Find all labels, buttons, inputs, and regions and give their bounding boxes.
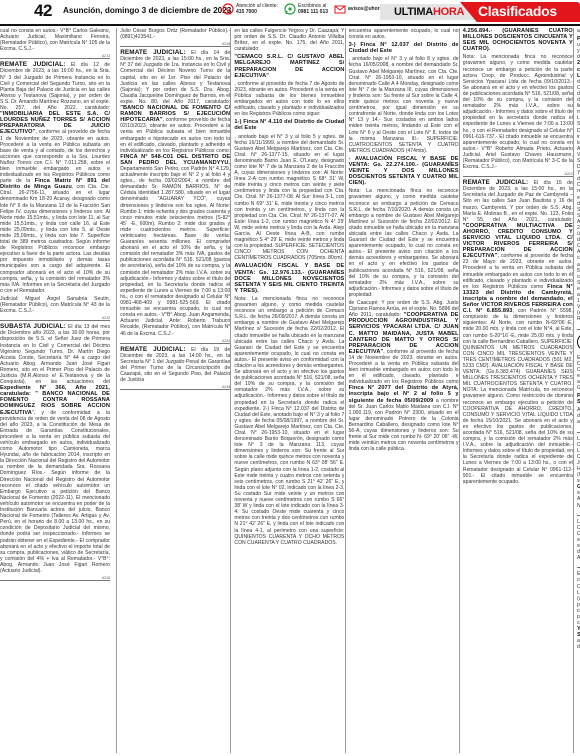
notice-body: Nota: La mencionada finca no reconoce gr… (349, 188, 459, 298)
notice-body: El día 12 de Diciembre de 2023, a las 16… (0, 62, 110, 111)
phone-support-icon (222, 3, 234, 15)
notice-text: AVALUACIÓN FISCAL Y BASE DE VENTA: Gs. 1… (234, 263, 344, 293)
header-rule (0, 24, 580, 26)
property-id: FINCA N° 548-C01 DEL DISTRITO DE SAN PED… (120, 154, 230, 166)
notice-body: , conforme al proveído de fecha 7 de Ago… (234, 81, 344, 117)
notice-text: , anotado bajo el N° 3 y al folio 5 y sg… (234, 134, 344, 262)
section-banner: ULTIMAHORA Clasificados (380, 2, 580, 22)
notice-body: El día 19 de Diciembre de 2023, a las 14… (120, 347, 230, 383)
contact-bar: Atención al cliente:415 7000 Escribinos … (222, 3, 401, 15)
notice-text: , conforme al proveído de fecha 7 de Ago… (234, 81, 344, 118)
page-header: 42 Asunción, domingo 3 de diciembre de 2… (0, 0, 580, 22)
legal-notice: REMATE JUDICIAL: El día 15 de Diciembre … (463, 180, 573, 485)
notice-text: , anotado bajo el N° 3 y al folio 8 y sg… (349, 56, 459, 154)
ad-code: A219 (0, 316, 110, 321)
ad-code: A220 (120, 339, 230, 344)
notice-body: , anotado bajo el N° 3 y al folio 5 y sg… (234, 134, 344, 262)
notice-body: El día 15 de Diciembre de 2023, a las 15… (463, 180, 573, 223)
column-3: en las calles Fulgencio Yegros y Dr. Caa… (230, 28, 344, 753)
column-6: a la providencia de fecha 23 de junio de… (573, 28, 580, 753)
notice-body: El día 13 del mes de Diciembre año 2023,… (0, 324, 110, 385)
notice-text: - AVALUACIÓN FISCAL Y BASE DE VENTA: Gs.… (349, 156, 459, 186)
notice-body: Departamento San Pedro, con Padrón N° 4.… (120, 166, 230, 337)
notice-text: Nota: La mencionada finca no reconoce gr… (349, 188, 459, 298)
notice-heading: REMATE JUDICIAL: (0, 61, 65, 68)
notice-text: cual no consta en autos.- V°B° Carlos Ga… (0, 28, 110, 52)
brand-logo: ULTIMAHORA (394, 6, 464, 18)
contact-customer-service: Atención al cliente:415 7000 (222, 3, 278, 15)
notice-body: Judicial: Miguel Ángel Sanabria Seutin, … (0, 296, 110, 314)
notice-body: cual no consta en autos.- V°B° Carlos Ga… (0, 28, 110, 52)
notice-heading: REMATE JUDICIAL: (120, 49, 185, 56)
notice-heading: SUBASTA JUDICIAL: (0, 323, 66, 330)
ad-code: A218 (0, 576, 110, 581)
legal-notice: de Caacupé; Y por orden de S.S. Abg. Jus… (349, 300, 459, 452)
contact-value: 0981 111 013 (298, 9, 328, 15)
ad-code: A212 (463, 172, 573, 177)
contact-whatsapp: Escribinos al0981 111 013 (284, 3, 328, 15)
notice-text: en las calles Fulgencio Yegros y Dr. Caa… (234, 28, 344, 52)
notice-body: encuentra aparentemente ocupado, lo cual… (349, 28, 459, 40)
page-number: 42 (34, 1, 52, 21)
notice-bold: 1-) Finca N° 4.110 del Distrito de Ciuda… (234, 119, 344, 131)
notice-text: Julio César Burgos Ortiz (Rematador Públ… (120, 28, 230, 40)
notice-body: Nota: La mencionada finca no reconoce gr… (463, 54, 573, 170)
legal-notice: REMATE JUDICIAL: El día 14 de Diciembre … (120, 50, 230, 336)
notice-body: a nombre del Sr. Juan Carlos Matto Maida… (349, 398, 459, 453)
notice-body: , conforme al proveído de fecha 1 de Nov… (0, 129, 110, 184)
notice-heading: REMATE JUDICIAL: (120, 346, 185, 353)
notice-heading: REMATE JUDICIAL: (463, 179, 528, 186)
notice-body: El día 14 de Diciembre de 2023, a las 15… (120, 50, 230, 105)
notice-text: 3-) Finca N° 12.037 del Distrito de Ciud… (349, 42, 459, 54)
legal-notice: SUBASTA JUDICIAL: El día 13 del mes de D… (0, 324, 110, 574)
notice-body: Julio César Burgos Ortiz (Rematador Públ… (120, 28, 230, 40)
ad-code: A218 (120, 42, 230, 47)
column-4: encuentra aparentemente ocupado, lo cual… (345, 28, 459, 753)
section-title: Clasificados (478, 3, 557, 19)
ad-code: A213 (0, 54, 110, 59)
notice-text: 4.256.894.- (GUARANÍES CUATRO MILLONES D… (463, 28, 573, 52)
date-line: Asunción, domingo 3 de diciembre de 2023 (63, 6, 231, 15)
contact-value: 415 7000 (236, 9, 278, 15)
envelope-icon (334, 3, 346, 15)
notice-bold: AVALUACIÓN FISCAL Y BASE DE VENTA: Gs. 1… (234, 263, 344, 293)
notice-body: ", y de conformidad a la providencia de … (0, 410, 110, 574)
notice-text: Judicial: Miguel Ángel Sanabria Seutin, … (0, 296, 110, 314)
notice-text: Nota: La mencionada finca no reconoce gr… (234, 296, 344, 546)
notice-text: Nota: La mencionada finca no reconoce gr… (463, 54, 573, 170)
notice-body: , conforme proveído de fecha 02/10/2023,… (120, 117, 230, 153)
ad-code: A218 (120, 385, 230, 390)
legal-notice: REMATE JUDICIAL: El día 12 de Diciembre … (0, 62, 110, 294)
notice-body: , conforme al proveído de fecha 14 de No… (349, 349, 459, 385)
notice-bold: 4.256.894.- (GUARANÍES CUATRO MILLONES D… (463, 28, 573, 52)
notice-bold: 3-) Finca N° 12.037 del Distrito de Ciud… (349, 42, 459, 54)
whatsapp-icon (284, 3, 296, 15)
notice-text: encuentra aparentemente ocupado, lo cual… (349, 28, 459, 40)
classifieds-columns: cual no consta en autos.- V°B° Carlos Ga… (0, 28, 580, 756)
notice-body: , con Padrón N° 5598, compuesto de la di… (463, 308, 573, 485)
column-5: 4.256.894.- (GUARANÍES CUATRO MILLONES D… (459, 28, 573, 753)
notice-body: , con Cta. Cte. Ctral. 26-2756-11, situa… (0, 184, 110, 294)
notice-text: 1-) Finca N° 4.110 del Distrito de Ciuda… (234, 119, 344, 131)
notice-text: "CEMACO S.R.L. C/ GUSTAVO ABEL MELGAREJO… (234, 54, 344, 78)
notice-body: en las calles Fulgencio Yegros y Dr. Caa… (234, 28, 344, 52)
legal-notice: REMATE JUDICIAL: El día 19 de Diciembre … (120, 347, 230, 384)
notice-bold: "CEMACO S.R.L. C/ GUSTAVO ABEL MELGAREJO… (234, 54, 344, 78)
notice-bold: - AVALUACIÓN FISCAL Y BASE DE VENTA: Gs.… (349, 156, 459, 186)
column-1: cual no consta en autos.- V°B° Carlos Ga… (0, 28, 110, 753)
notice-body: , anotado bajo el N° 3 y al folio 8 y sg… (349, 56, 459, 153)
notice-body: Nota: La mencionada finca no reconoce gr… (234, 296, 344, 546)
column-2: Julio César Burgos Ortiz (Rematador Públ… (116, 28, 230, 753)
